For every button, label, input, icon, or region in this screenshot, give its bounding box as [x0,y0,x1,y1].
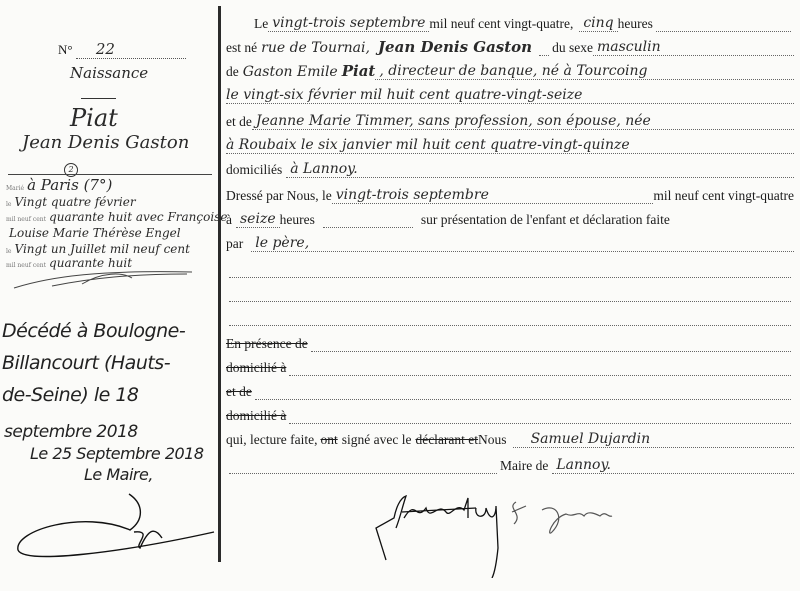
body-line-mother: et de Jeanne Marie Timmer, sans professi… [226,110,794,130]
short-rule-divider [81,98,116,99]
body-line-declarant: par le père, [226,232,794,252]
act-type: Naissance [70,64,148,82]
act-number-label: N° [58,42,73,57]
body-blank-line [226,306,794,326]
death-mention-line: septembre 2018 [4,422,138,442]
mayor-margin-signature-icon [14,490,219,560]
marriage-mention-signature-icon [12,268,202,290]
marriage-mention-line: leVingt quatre février [6,195,136,209]
death-mention-line: Le Maire, [84,465,153,484]
surname: Piat [70,104,118,132]
body-line-hour: à seize heures sur présentation de l'enf… [226,208,794,228]
act-number: N° 22 [58,40,186,59]
body-line-mother-birth: à Roubaix le six janvier mil huit cent q… [226,134,794,154]
body-line-date: Le vingt-trois septembre mil neuf cent v… [226,12,794,32]
death-mention-line: de-Seine) le 18 [2,384,139,406]
act-body: Le vingt-trois septembre mil neuf cent v… [226,0,798,591]
marriage-mention-line: Louise Marie Thérèse Engel [6,226,181,240]
body-line-father-birth: le vingt-six février mil huit cent quatr… [226,84,794,104]
mayor-signature-icon [512,502,612,533]
body-line-drawn-up: Dressé par Nous, le vingt-trois septembr… [226,184,794,204]
marriage-mention-line: Mariéà Paris (7°) [6,176,112,194]
body-blank-line [226,258,794,278]
margin-column: N° 22 Naissance Piat Jean Denis Gaston 2… [0,0,218,591]
body-line-witness2: et de [226,380,794,400]
vertical-divider [218,6,221,562]
declarant-signature-icon [376,496,498,578]
signatures-area [356,488,736,578]
body-line-reading: qui, lecture faite, ont signé avec le dé… [226,428,794,448]
body-line-witness1: En présence de [226,332,794,352]
body-line-domicile: domiciliés à Lannoy. [226,158,794,178]
death-mention-line: Billancourt (Hauts- [2,352,170,374]
marriage-mention-line: leVingt un Juillet mil neuf cent [6,242,190,256]
death-mention-line: Décédé à Boulogne- [2,320,185,342]
death-mention-line: Le 25 Septembre 2018 [30,444,204,463]
body-line-witness2-domicile: domicilié à [226,404,794,424]
body-blank-line [226,282,794,302]
birth-certificate-page: N° 22 Naissance Piat Jean Denis Gaston 2… [0,0,800,591]
body-line-witness1-domicile: domicilié à [226,356,794,376]
act-number-value: 22 [76,40,186,59]
body-line-child: est né rue de Tournai, Jean Denis Gaston… [226,36,794,56]
body-line-father: de Gaston Emile Piat , directeur de banq… [226,60,794,80]
given-names: Jean Denis Gaston [22,132,189,153]
margin-rule [8,174,212,175]
body-line-mayor: Maire de Lannoy. [226,454,794,474]
marriage-mention-line: mil neuf centquarante huit avec François… [6,210,227,224]
